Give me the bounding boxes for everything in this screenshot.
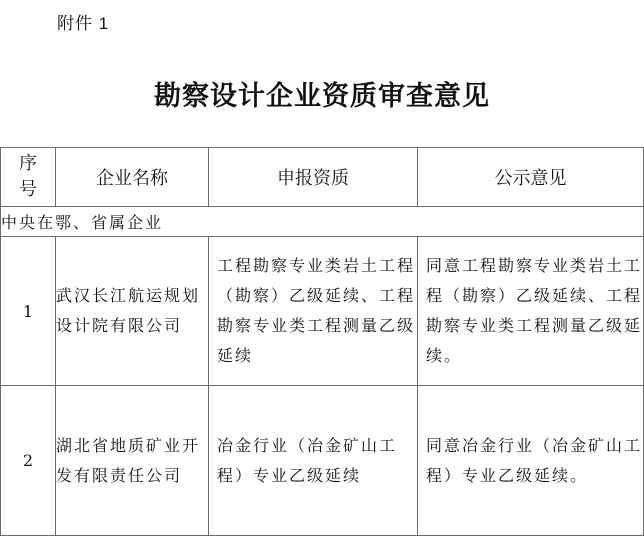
row-opinion: 同意工程勘察专业类岩土工程（勘察）乙级延续、工程勘察专业类工程测量乙级延续。 [418, 237, 644, 386]
header-company: 企业名称 [56, 148, 209, 207]
table-row: 2 湖北省地质矿业开发有限责任公司 冶金行业（冶金矿山工程）专业乙级延续 同意冶… [1, 386, 644, 536]
row-company: 湖北省地质矿业开发有限责任公司 [56, 386, 209, 536]
row-qualification: 工程勘察专业类岩土工程（勘察）乙级延续、工程勘察专业类工程测量乙级延续 [209, 237, 418, 386]
row-opinion: 同意冶金行业（冶金矿山工程）专业乙级延续。 [418, 386, 644, 536]
review-table: 序号 企业名称 申报资质 公示意见 中央在鄂、省属企业 1 武汉长江航运规划设计… [0, 147, 644, 536]
category-label: 中央在鄂、省属企业 [1, 207, 644, 237]
header-seq-label: 序号 [18, 151, 38, 203]
row-qualification: 冶金行业（冶金矿山工程）专业乙级延续 [209, 386, 418, 536]
header-seq: 序号 [1, 148, 56, 207]
header-opinion: 公示意见 [418, 148, 644, 207]
table-row: 1 武汉长江航运规划设计院有限公司 工程勘察专业类岩土工程（勘察）乙级延续、工程… [1, 237, 644, 386]
document-title: 勘察设计企业资质审查意见 [0, 74, 644, 113]
category-row: 中央在鄂、省属企业 [1, 207, 644, 237]
row-seq: 2 [1, 386, 56, 536]
attachment-label: 附件 1 [57, 9, 109, 34]
row-company: 武汉长江航运规划设计院有限公司 [56, 237, 209, 386]
table-header-row: 序号 企业名称 申报资质 公示意见 [1, 148, 644, 207]
row-seq: 1 [1, 237, 56, 386]
header-qualification: 申报资质 [209, 148, 418, 207]
